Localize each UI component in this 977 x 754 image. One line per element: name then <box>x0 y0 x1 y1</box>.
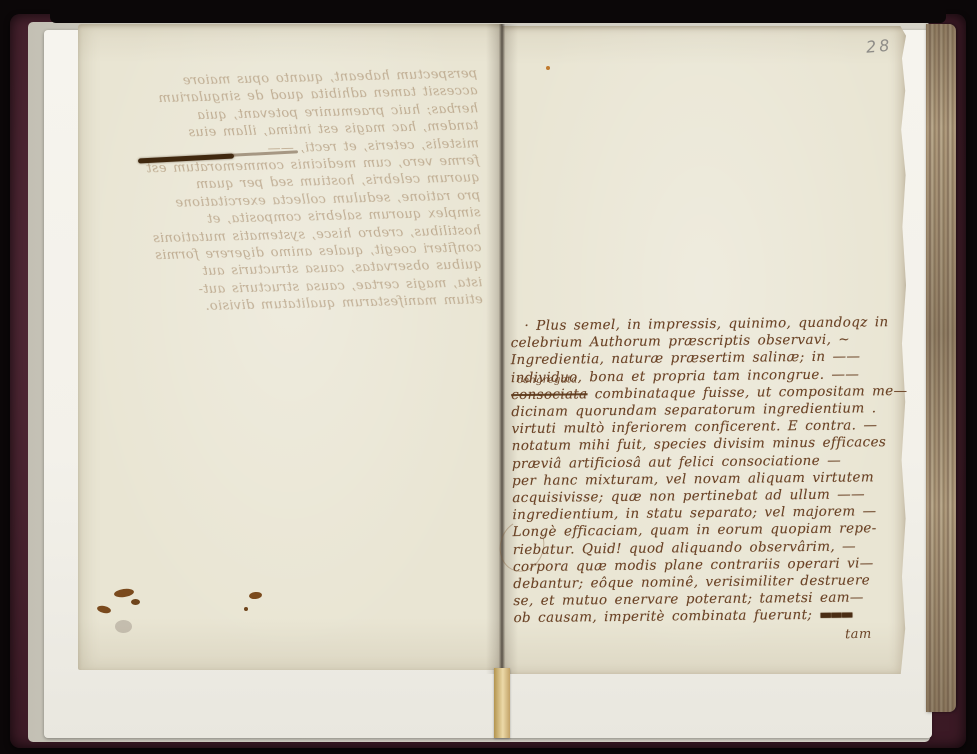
bleedthrough-text: perspectum habeant, quanto opus maioreac… <box>89 65 483 318</box>
foxing-spot <box>546 66 550 70</box>
ink-smudge <box>115 620 132 633</box>
interlinear-insertion: congregata <box>517 374 578 386</box>
fore-edge-page-stack <box>926 24 956 712</box>
catchword: tam <box>845 627 872 642</box>
folio-number: 28 <box>865 34 907 56</box>
manuscript-text: congregata · Plus semel, in impressis, q… <box>510 314 913 628</box>
ink-stain <box>244 607 248 611</box>
top-edge-shadow <box>50 0 946 23</box>
bookmark-ribbon <box>494 668 510 738</box>
scanned-book-photograph: { "document": { "kind": "handwritten man… <box>0 0 977 754</box>
ink-stain <box>131 599 140 605</box>
